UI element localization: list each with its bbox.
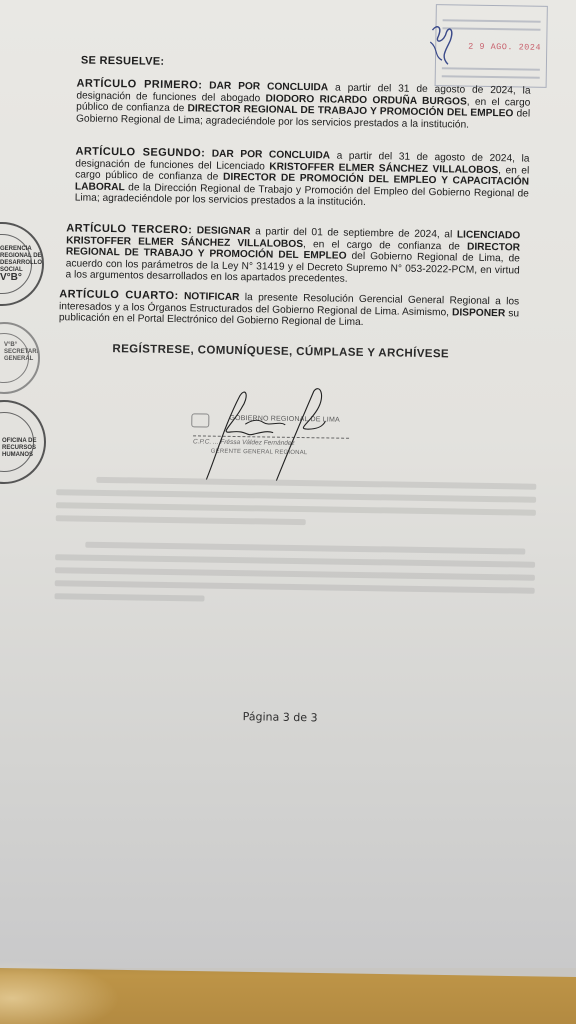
bleed-through-text [54, 476, 557, 654]
article-3-title: ARTÍCULO TERCERO: [66, 222, 192, 236]
article-text-segment: NOTIFICAR [179, 291, 240, 303]
article-4-title: ARTÍCULO CUARTO: [59, 288, 179, 302]
resolution-heading: SE RESUELVE: [81, 55, 165, 68]
article-4: ARTÍCULO CUARTO: NOTIFICAR la presente R… [59, 289, 519, 331]
handwritten-signature-icon [186, 383, 368, 486]
article-2: ARTÍCULO SEGUNDO: DAR POR CONCLUIDA a pa… [75, 146, 530, 211]
closing-formula: REGÍSTRESE, COMUNÍQUESE, CÚMPLASE Y ARCH… [112, 343, 449, 360]
article-1: ARTÍCULO PRIMERO: DAR POR CONCLUIDA a pa… [76, 78, 531, 132]
article-3: ARTÍCULO TERCERO: DESIGNAR a partir del … [65, 223, 520, 288]
page-number: Página 3 de 3 [243, 710, 318, 724]
signature-block: GOBIERNO REGIONAL DE LIMA C.P.C. ... Fré… [186, 383, 368, 486]
handwritten-initials-icon [428, 22, 459, 67]
article-text-segment: DISPONER [452, 307, 505, 319]
document-content: 2 9 AGO. 2024 SE RESUELVE: ARTÍCULO PRIM… [0, 0, 576, 972]
article-text-segment: DESIGNAR [192, 225, 251, 237]
received-date: 2 9 AGO. 2024 [468, 42, 541, 53]
article-1-title: ARTÍCULO PRIMERO: [76, 77, 202, 91]
desk-glare [0, 960, 120, 1024]
